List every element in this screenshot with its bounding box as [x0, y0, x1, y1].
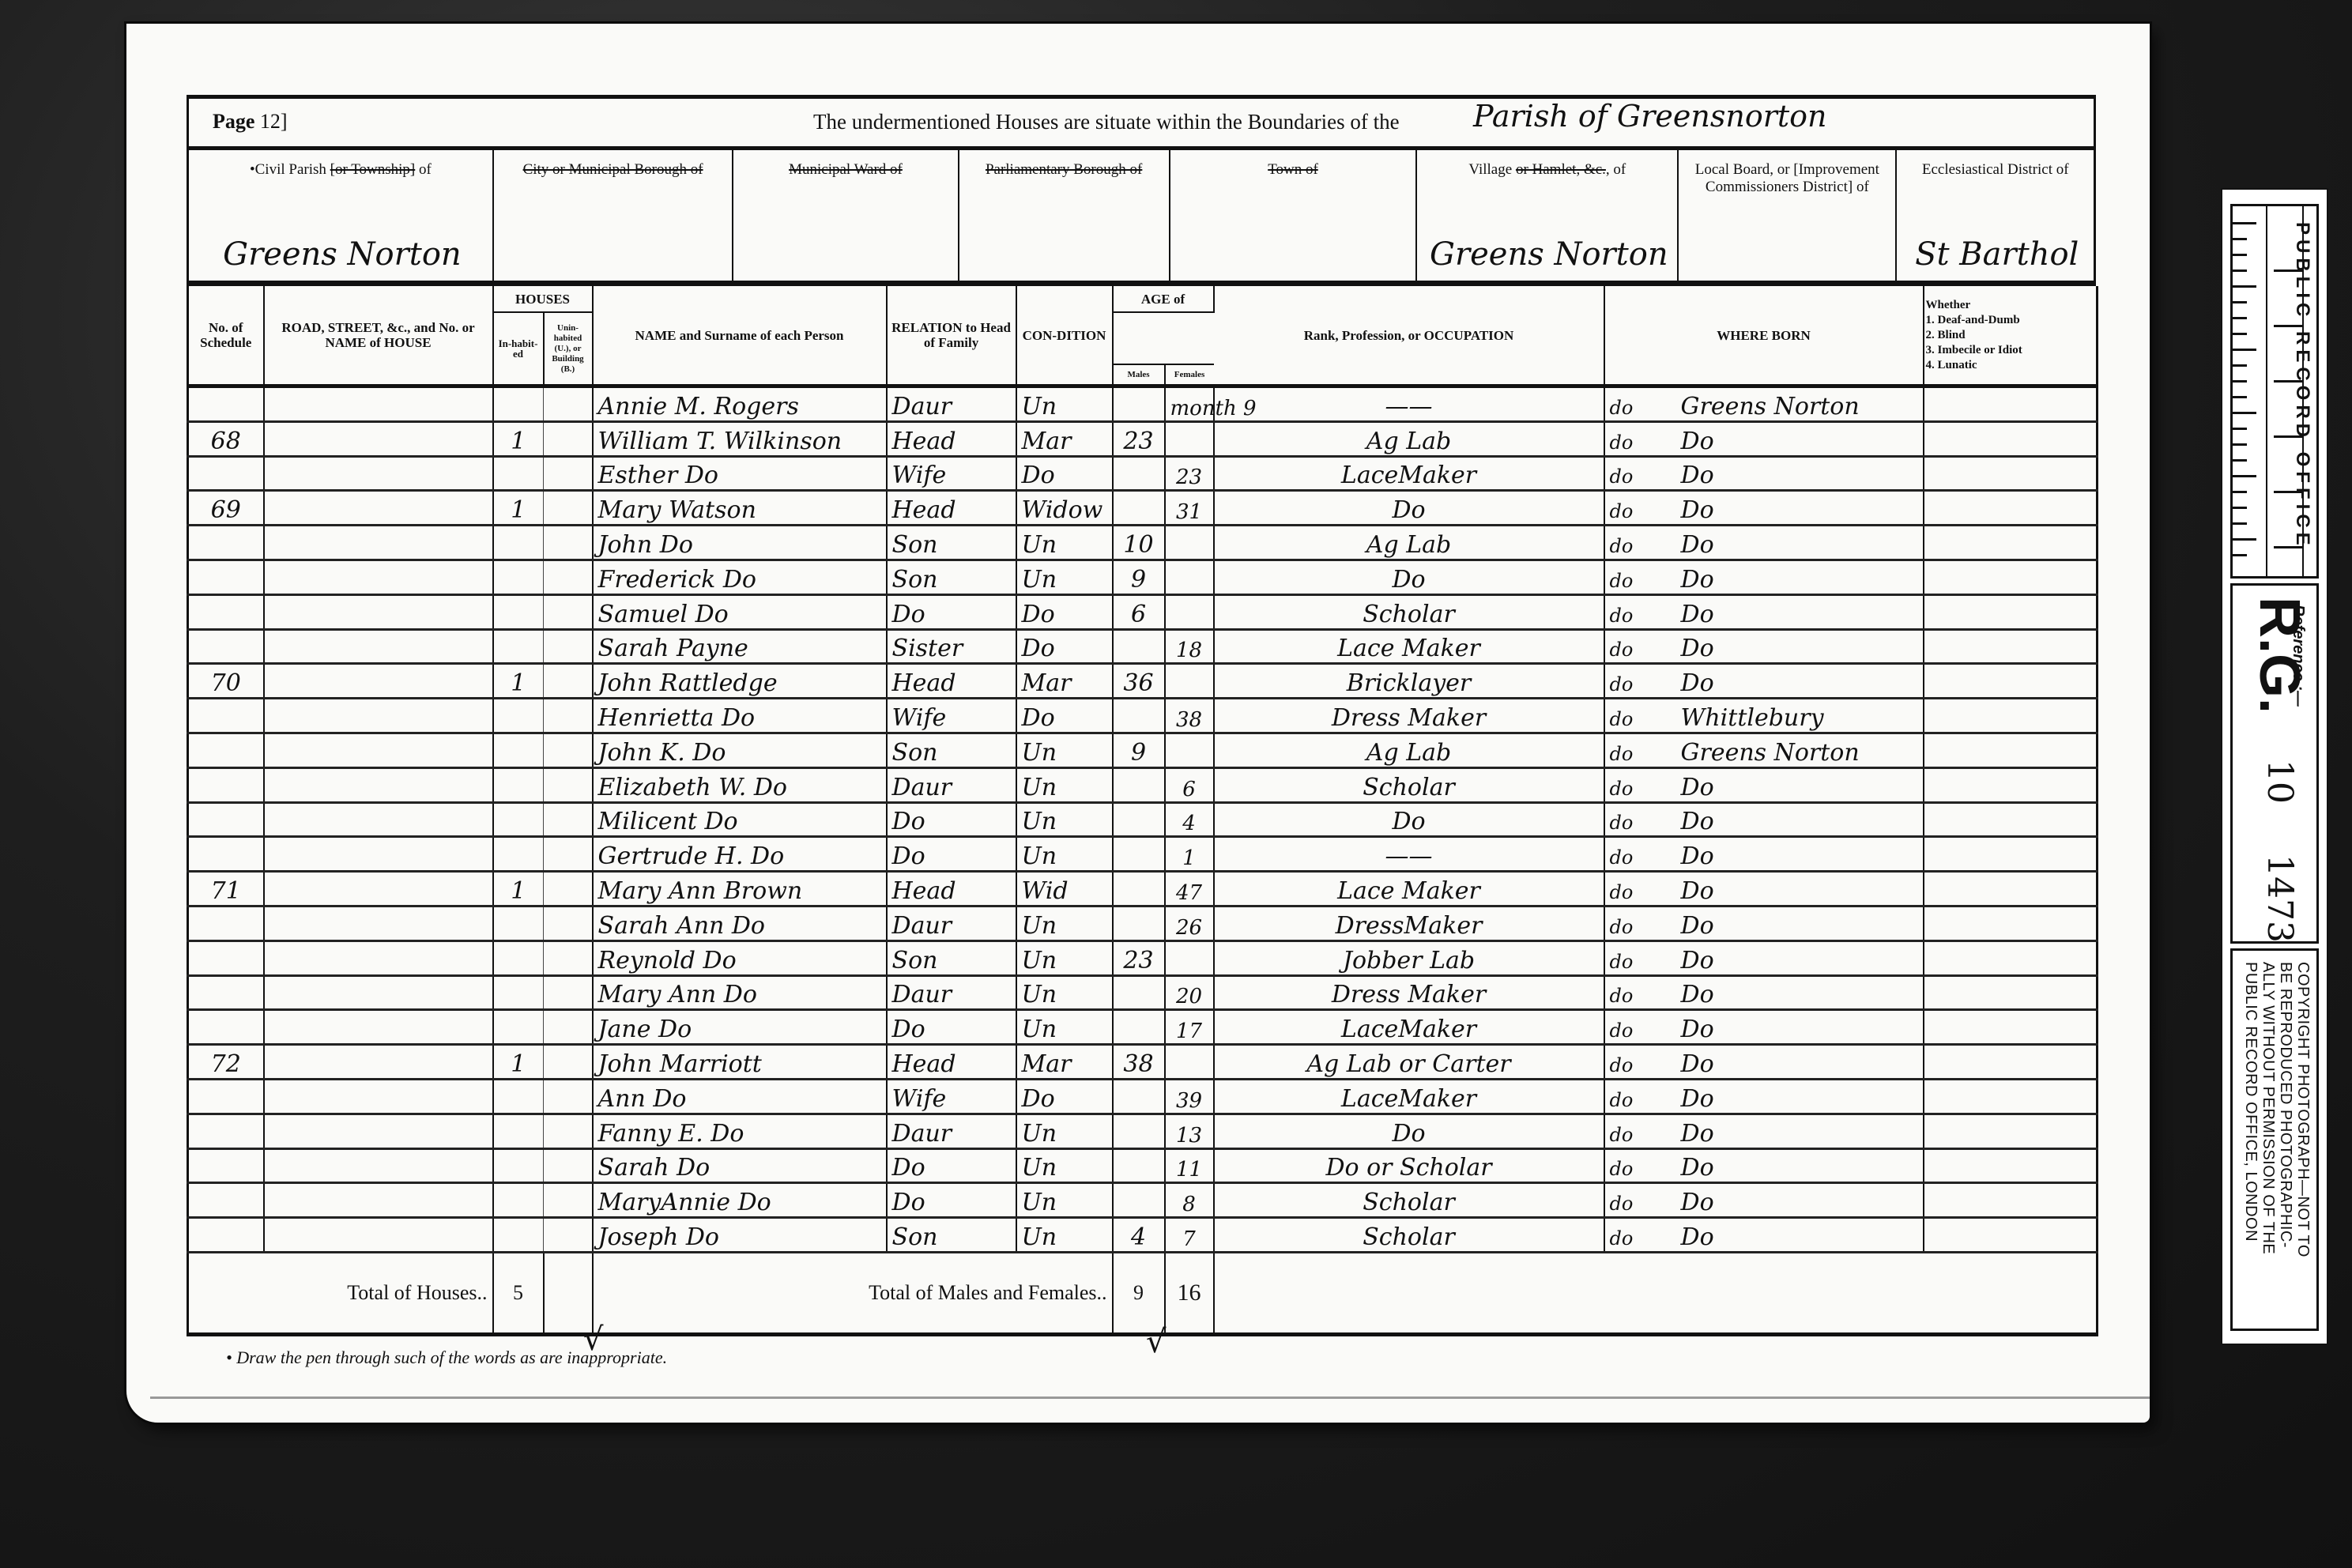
- cell-uninhabited: [544, 940, 593, 975]
- table-row: Milicent DoDoUn4DodoDo: [188, 802, 2098, 837]
- cell-female-age: 13: [1165, 1114, 1214, 1148]
- cell-relation: Daur: [887, 1114, 1016, 1148]
- cell-inhabited: [493, 767, 544, 802]
- col-males: Males: [1113, 364, 1165, 386]
- cell-road: [264, 699, 493, 733]
- born-place: Greens Norton: [1681, 393, 1860, 420]
- cell-road: [264, 594, 493, 629]
- locality-cell: Municipal Ward of: [733, 150, 959, 281]
- locality-value: St Barthol: [1905, 236, 2089, 273]
- cell-schedule: [188, 802, 264, 837]
- cell-uninhabited: [544, 594, 593, 629]
- cell-disability: [1924, 1114, 2098, 1148]
- table-row: Annie M. RogersDaurUnmonth 9——doGreens N…: [188, 386, 2098, 422]
- cell-disability: [1924, 767, 2098, 802]
- locality-label-part: Local Board, or [Improvement Commissione…: [1695, 161, 1879, 195]
- cell-male-age: 9: [1113, 733, 1165, 767]
- cell-disability: [1924, 1183, 2098, 1218]
- cell-inhabited: 1: [493, 421, 544, 456]
- cell-female-age: 6: [1165, 767, 1214, 802]
- col-occupation: Rank, Profession, or OCCUPATION: [1214, 286, 1604, 386]
- born-county: do: [1610, 985, 1681, 1007]
- cell-name: John Do: [593, 526, 887, 560]
- check-mark: √: [583, 1321, 604, 1358]
- cell-occupation: Do: [1214, 802, 1604, 837]
- cell-female-age: 4: [1165, 802, 1214, 837]
- cell-schedule: [188, 1148, 264, 1183]
- cell-female-age: 23: [1165, 456, 1214, 491]
- cell-name: William T. Wilkinson: [593, 421, 887, 456]
- cell-name: Fanny E. Do: [593, 1114, 887, 1148]
- col-where-born: WHERE BORN: [1604, 286, 1924, 386]
- table-row: Reynold DoSonUn23Jobber LabdoDo: [188, 940, 2098, 975]
- locality-label-part: Municipal Ward of: [789, 161, 903, 178]
- locality-label-part: of: [415, 161, 432, 178]
- cell-road: [264, 1045, 493, 1080]
- cell-occupation: Ag Lab: [1214, 526, 1604, 560]
- age-spacer: [1113, 312, 1214, 364]
- table-row: Frederick DoSonUn9DodoDo: [188, 560, 2098, 594]
- cell-occupation: Do: [1214, 491, 1604, 526]
- locality-cell: Parliamentary Borough of: [959, 150, 1170, 281]
- born-place: Do: [1681, 1189, 1714, 1216]
- copyright-notice: COPYRIGHT PHOTOGRAPH—NOT TO BE REPRODUCE…: [2242, 962, 2312, 1257]
- ruler-tick: [2233, 491, 2247, 493]
- cell-relation: Son: [887, 526, 1016, 560]
- cell-relation: Wife: [887, 1079, 1016, 1114]
- cell-female-age: [1165, 664, 1214, 699]
- cell-male-age: [1113, 1183, 1165, 1218]
- total-houses-label: Total of Houses..: [188, 1252, 493, 1334]
- table-row: Fanny E. DoDaurUn13DodoDo: [188, 1114, 2098, 1148]
- cell-born: doDo: [1604, 664, 1924, 699]
- locality-label: Town of: [1170, 161, 1416, 179]
- cell-name: Frederick Do: [593, 560, 887, 594]
- cell-name: Sarah Do: [593, 1148, 887, 1183]
- cell-disability: [1924, 872, 2098, 906]
- cell-born: doDo: [1604, 1218, 1924, 1253]
- cell-name: Reynold Do: [593, 940, 887, 975]
- cell-inhabited: [493, 975, 544, 1010]
- born-place: Do: [1681, 531, 1714, 559]
- born-county: do: [1610, 1020, 1681, 1042]
- cell-born: doDo: [1604, 802, 1924, 837]
- cell-road: [264, 733, 493, 767]
- cell-uninhabited: [544, 664, 593, 699]
- born-place: Do: [1681, 877, 1714, 905]
- cell-male-age: 9: [1113, 560, 1165, 594]
- born-place: Do: [1681, 669, 1714, 697]
- cell-male-age: [1113, 1114, 1165, 1148]
- cell-road: [264, 560, 493, 594]
- cell-female-age: [1165, 421, 1214, 456]
- cell-uninhabited: [544, 1148, 593, 1183]
- cell-born: doDo: [1604, 1010, 1924, 1045]
- cell-uninhabited: [544, 767, 593, 802]
- cell-female-age: 47: [1165, 872, 1214, 906]
- locality-label-part: , of: [1606, 161, 1626, 178]
- cell-occupation: Do or Scholar: [1214, 1148, 1604, 1183]
- cell-inhabited: [493, 1183, 544, 1218]
- cell-schedule: [188, 386, 264, 422]
- cell-road: [264, 491, 493, 526]
- cell-disability: [1924, 1218, 2098, 1253]
- cell-occupation: Jobber Lab: [1214, 940, 1604, 975]
- cell-road: [264, 802, 493, 837]
- cell-occupation: Ag Lab or Carter: [1214, 1045, 1604, 1080]
- cell-born: doGreens Norton: [1604, 386, 1924, 422]
- born-county: do: [1610, 465, 1681, 488]
- record-office-label: PUBLIC RECORD OFFICE Reference :— R.G. 1…: [2221, 188, 2328, 1345]
- cell-uninhabited: [544, 802, 593, 837]
- cell-road: [264, 975, 493, 1010]
- born-county: do: [1610, 951, 1681, 973]
- cell-male-age: [1113, 456, 1165, 491]
- cell-disability: [1924, 526, 2098, 560]
- ruler-tick: [2233, 238, 2247, 240]
- cell-road: [264, 664, 493, 699]
- cell-uninhabited: [544, 1183, 593, 1218]
- cell-male-age: [1113, 1148, 1165, 1183]
- cell-name: Milicent Do: [593, 802, 887, 837]
- cell-condition: Do: [1016, 594, 1113, 629]
- cell-occupation: Do: [1214, 560, 1604, 594]
- cell-name: Sarah Payne: [593, 629, 887, 664]
- total-males-value: 9: [1113, 1252, 1165, 1334]
- cell-born: doDo: [1604, 560, 1924, 594]
- locality-label-part: [or Township]: [330, 161, 416, 178]
- born-place: Do: [1681, 842, 1714, 870]
- locality-cell: •Civil Parish [or Township] ofGreens Nor…: [189, 150, 494, 281]
- table-row: Sarah PayneSisterDo18Lace MakerdoDo: [188, 629, 2098, 664]
- page-label: Page: [213, 110, 254, 133]
- cell-disability: [1924, 975, 2098, 1010]
- cell-born: doDo: [1604, 629, 1924, 664]
- cell-uninhabited: [544, 526, 593, 560]
- cell-road: [264, 526, 493, 560]
- cell-relation: Head: [887, 664, 1016, 699]
- cell-name: John K. Do: [593, 733, 887, 767]
- cell-relation: Do: [887, 1148, 1016, 1183]
- cell-disability: [1924, 906, 2098, 940]
- cell-name: Jane Do: [593, 1010, 887, 1045]
- check-mark: √: [1146, 1324, 1167, 1360]
- cell-schedule: [188, 526, 264, 560]
- born-place: Do: [1681, 981, 1714, 1008]
- born-place: Do: [1681, 1016, 1714, 1043]
- cell-uninhabited: [544, 699, 593, 733]
- ruler-tick: [2233, 269, 2247, 272]
- locality-label-part: Ecclesiastical District of: [1922, 161, 2069, 178]
- page-number: Page 12]: [213, 110, 288, 134]
- born-place: Do: [1681, 635, 1714, 662]
- cell-condition: Un: [1016, 802, 1113, 837]
- cell-female-age: 18: [1165, 629, 1214, 664]
- born-county: do: [1610, 1089, 1681, 1111]
- col-road: ROAD, STREET, &c., and No. or NAME of HO…: [264, 286, 493, 386]
- cm-mark: [2274, 435, 2302, 438]
- cell-born: doDo: [1604, 1183, 1924, 1218]
- census-page: Page 12] The undermentioned Houses are s…: [126, 24, 2150, 1423]
- cell-name: Annie M. Rogers: [593, 386, 887, 422]
- cell-disability: [1924, 594, 2098, 629]
- cell-male-age: 23: [1113, 421, 1165, 456]
- cm-mark: [2274, 491, 2302, 493]
- cell-female-age: [1165, 594, 1214, 629]
- cell-occupation: Lace Maker: [1214, 629, 1604, 664]
- col-houses: HOUSES: [493, 286, 593, 312]
- cell-relation: Do: [887, 594, 1016, 629]
- born-county: do: [1610, 916, 1681, 938]
- cell-condition: Un: [1016, 1010, 1113, 1045]
- born-county: do: [1610, 881, 1681, 903]
- ruler-tick: [2233, 364, 2247, 367]
- born-county: do: [1610, 500, 1681, 522]
- ruler-tick: [2233, 301, 2247, 303]
- cell-occupation: Scholar: [1214, 1183, 1604, 1218]
- cell-relation: Wife: [887, 456, 1016, 491]
- census-rows: Annie M. RogersDaurUnmonth 9——doGreens N…: [188, 386, 2098, 1253]
- ruler-tick: [2233, 396, 2247, 398]
- cell-male-age: [1113, 837, 1165, 872]
- cell-relation: Son: [887, 940, 1016, 975]
- cell-uninhabited: [544, 975, 593, 1010]
- cell-disability: [1924, 664, 2098, 699]
- cell-uninhabited: [544, 629, 593, 664]
- ruler-tick: [2233, 333, 2247, 335]
- cell-condition: Un: [1016, 386, 1113, 422]
- born-place: Do: [1681, 1154, 1714, 1182]
- ruler-tick: [2233, 285, 2256, 288]
- ruler-tick: [2233, 254, 2247, 256]
- boundary-value: Parish of Greensnorton: [1473, 99, 1827, 134]
- cell-name: Mary Ann Brown: [593, 872, 887, 906]
- born-county: do: [1610, 535, 1681, 557]
- cell-name: Esther Do: [593, 456, 887, 491]
- cell-inhabited: [493, 1079, 544, 1114]
- cell-condition: Un: [1016, 837, 1113, 872]
- cell-relation: Wife: [887, 699, 1016, 733]
- cell-born: doDo: [1604, 526, 1924, 560]
- cell-relation: Head: [887, 872, 1016, 906]
- cell-occupation: LaceMaker: [1214, 456, 1604, 491]
- cell-relation: Daur: [887, 386, 1016, 422]
- cell-occupation: Lace Maker: [1214, 872, 1604, 906]
- cell-born: doDo: [1604, 421, 1924, 456]
- locality-label-part: •Civil Parish: [250, 161, 330, 178]
- born-county: do: [1610, 570, 1681, 592]
- cell-inhabited: [493, 940, 544, 975]
- locality-cell: Town of: [1170, 150, 1418, 281]
- born-place: Do: [1681, 462, 1714, 489]
- cell-occupation: Dress Maker: [1214, 699, 1604, 733]
- cell-relation: Son: [887, 1218, 1016, 1253]
- cell-relation: Do: [887, 802, 1016, 837]
- cell-occupation: ——: [1214, 386, 1604, 422]
- cell-condition: Un: [1016, 1183, 1113, 1218]
- cell-name: Joseph Do: [593, 1218, 887, 1253]
- cell-female-age: [1165, 1045, 1214, 1080]
- born-place: Do: [1681, 947, 1714, 974]
- cell-schedule: 68: [188, 421, 264, 456]
- totals-row: Total of Houses.. 5 Total of Males and F…: [188, 1252, 2098, 1334]
- ruler-tick: [2233, 317, 2247, 319]
- cell-schedule: [188, 767, 264, 802]
- locality-cell: Local Board, or [Improvement Commissione…: [1679, 150, 1897, 281]
- cell-inhabited: [493, 526, 544, 560]
- cell-condition: Do: [1016, 629, 1113, 664]
- ruler-tick: [2233, 380, 2247, 383]
- cm-mark: [2274, 325, 2302, 327]
- cell-male-age: 6: [1113, 594, 1165, 629]
- cell-occupation: LaceMaker: [1214, 1010, 1604, 1045]
- born-county: do: [1610, 673, 1681, 695]
- cell-disability: [1924, 456, 2098, 491]
- col-schedule: No. of Schedule: [188, 286, 264, 386]
- cell-schedule: [188, 1010, 264, 1045]
- cell-schedule: [188, 837, 264, 872]
- ruler-tick: [2233, 554, 2247, 556]
- born-place: Do: [1681, 566, 1714, 594]
- cell-schedule: 72: [188, 1045, 264, 1080]
- cell-uninhabited: [544, 906, 593, 940]
- locality-label-part: or Hamlet, &c.: [1516, 161, 1606, 178]
- cell-occupation: DressMaker: [1214, 906, 1604, 940]
- cell-male-age: [1113, 386, 1165, 422]
- cell-disability: [1924, 1148, 2098, 1183]
- cell-inhabited: 1: [493, 491, 544, 526]
- table-row: Mary Ann DoDaurUn20Dress MakerdoDo: [188, 975, 2098, 1010]
- ruler-tick: [2233, 428, 2247, 430]
- cell-road: [264, 1183, 493, 1218]
- cell-male-age: [1113, 629, 1165, 664]
- cell-schedule: 69: [188, 491, 264, 526]
- cell-uninhabited: [544, 491, 593, 526]
- cell-inhabited: [493, 629, 544, 664]
- born-place: Greens Norton: [1681, 739, 1860, 767]
- cell-born: doDo: [1604, 1045, 1924, 1080]
- cell-disability: [1924, 699, 2098, 733]
- locality-label-part: Town of: [1268, 161, 1318, 178]
- locality-label: Local Board, or [Improvement Commissione…: [1679, 161, 1895, 196]
- cell-uninhabited: [544, 560, 593, 594]
- cell-disability: [1924, 629, 2098, 664]
- cell-uninhabited: [544, 1114, 593, 1148]
- cell-condition: Mar: [1016, 1045, 1113, 1080]
- cell-inhabited: 1: [493, 872, 544, 906]
- cell-born: doDo: [1604, 456, 1924, 491]
- cell-relation: Sister: [887, 629, 1016, 664]
- cell-born: doGreens Norton: [1604, 733, 1924, 767]
- cell-condition: Un: [1016, 1114, 1113, 1148]
- locality-label-part: City or Municipal Borough of: [523, 161, 703, 178]
- cell-relation: Do: [887, 1010, 1016, 1045]
- cell-relation: Daur: [887, 906, 1016, 940]
- cell-occupation: Dress Maker: [1214, 975, 1604, 1010]
- cell-condition: Do: [1016, 1079, 1113, 1114]
- cell-occupation: Do: [1214, 1114, 1604, 1148]
- page-header: Page 12] The undermentioned Houses are s…: [187, 95, 2096, 150]
- cell-female-age: [1165, 940, 1214, 975]
- cell-uninhabited: [544, 386, 593, 422]
- cell-condition: Un: [1016, 733, 1113, 767]
- table-row: 721John MarriottHeadMar38Ag Lab or Carte…: [188, 1045, 2098, 1080]
- ruler-tick: [2233, 412, 2256, 414]
- cell-female-age: [1165, 560, 1214, 594]
- cell-name: Mary Watson: [593, 491, 887, 526]
- cell-disability: [1924, 837, 2098, 872]
- cell-schedule: [188, 594, 264, 629]
- table-row: 711Mary Ann BrownHeadWid47Lace MakerdoDo: [188, 872, 2098, 906]
- cell-condition: Do: [1016, 456, 1113, 491]
- cell-male-age: [1113, 1010, 1165, 1045]
- cell-female-age: 38: [1165, 699, 1214, 733]
- col-name: NAME and Surname of each Person: [593, 286, 887, 386]
- cell-born: doDo: [1604, 837, 1924, 872]
- cell-relation: Do: [887, 837, 1016, 872]
- cell-inhabited: 1: [493, 664, 544, 699]
- cell-name: Sarah Ann Do: [593, 906, 887, 940]
- cell-condition: Wid: [1016, 872, 1113, 906]
- cell-name: Elizabeth W. Do: [593, 767, 887, 802]
- table-row: Henrietta DoWifeDo38Dress MakerdoWhittle…: [188, 699, 2098, 733]
- cell-road: [264, 421, 493, 456]
- cell-relation: Do: [887, 1183, 1016, 1218]
- table-row: Elizabeth W. DoDaurUn6ScholardoDo: [188, 767, 2098, 802]
- cell-name: Samuel Do: [593, 594, 887, 629]
- ruler-tick: [2233, 522, 2247, 525]
- page-number-value: 12]: [260, 110, 288, 133]
- cell-male-age: [1113, 906, 1165, 940]
- locality-row: •Civil Parish [or Township] ofGreens Nor…: [187, 150, 2096, 286]
- cell-road: [264, 872, 493, 906]
- born-place: Do: [1681, 1085, 1714, 1113]
- table-row: 691Mary WatsonHeadWidow31DodoDo: [188, 491, 2098, 526]
- ruler-tick: [2233, 349, 2256, 351]
- cell-relation: Daur: [887, 767, 1016, 802]
- cell-disability: [1924, 421, 2098, 456]
- locality-cell: City or Municipal Borough of: [494, 150, 734, 281]
- born-county: do: [1610, 1227, 1681, 1249]
- cell-condition: Widow: [1016, 491, 1113, 526]
- locality-value: Greens Norton: [1425, 236, 1672, 273]
- cell-born: doDo: [1604, 975, 1924, 1010]
- cell-relation: Head: [887, 1045, 1016, 1080]
- cell-name: Ann Do: [593, 1079, 887, 1114]
- cell-schedule: [188, 906, 264, 940]
- cell-male-age: 10: [1113, 526, 1165, 560]
- born-county: do: [1610, 708, 1681, 730]
- born-place: Do: [1681, 428, 1714, 455]
- born-county: do: [1610, 1054, 1681, 1076]
- cell-uninhabited: [544, 1218, 593, 1253]
- born-place: Do: [1681, 1050, 1714, 1078]
- cell-disability: [1924, 733, 2098, 767]
- table-row: 701John RattledgeHeadMar36BricklayerdoDo: [188, 664, 2098, 699]
- table-row: Samuel DoDoDo6ScholardoDo: [188, 594, 2098, 629]
- born-county: do: [1610, 397, 1681, 419]
- table-row: John DoSonUn10Ag LabdoDo: [188, 526, 2098, 560]
- born-place: Do: [1681, 774, 1714, 801]
- cell-schedule: [188, 733, 264, 767]
- cell-condition: Un: [1016, 767, 1113, 802]
- ruler-tick: [2233, 538, 2256, 541]
- copyright-box: COPYRIGHT PHOTOGRAPH—NOT TO BE REPRODUCE…: [2230, 948, 2319, 1331]
- born-county: do: [1610, 1193, 1681, 1215]
- ruler-tick: [2233, 459, 2247, 462]
- cell-inhabited: [493, 386, 544, 422]
- cell-road: [264, 629, 493, 664]
